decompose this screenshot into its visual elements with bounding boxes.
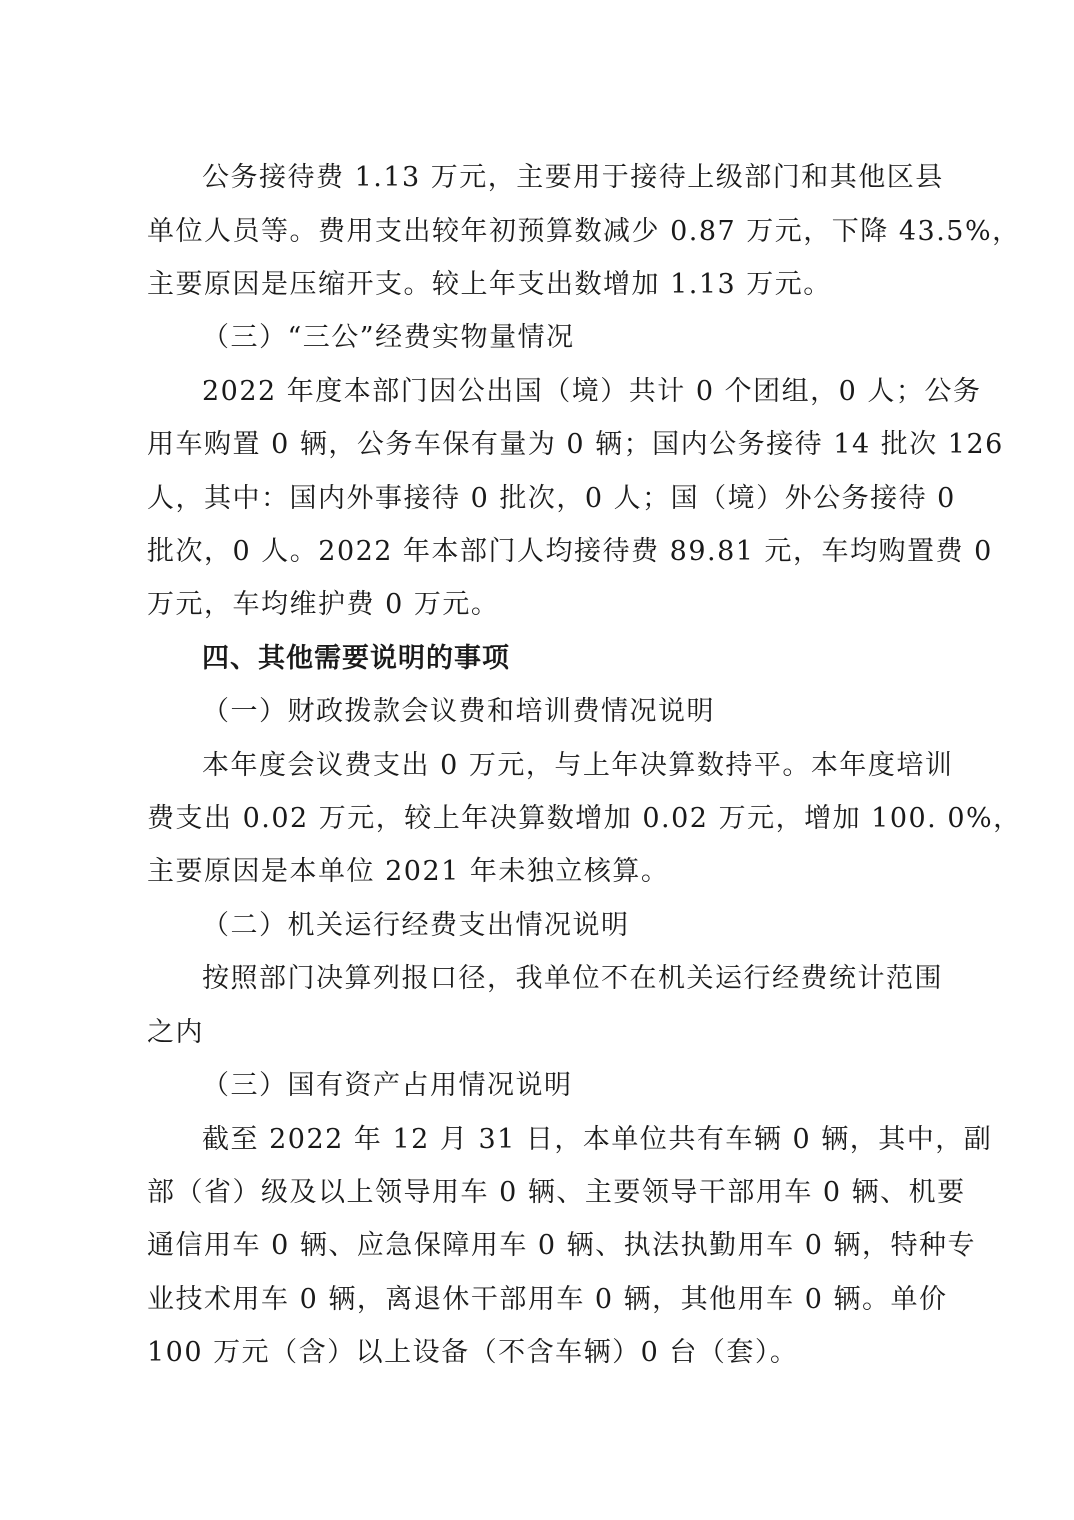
paragraph-meeting-line-2: 费支出 0.02 万元，较上年决算数增加 0.02 万元，增加 100. 0%，	[147, 804, 940, 834]
paragraph-reception-line-2: 单位人员等。费用支出较年初预算数减少 0.87 万元，下降 43.5%，	[147, 217, 940, 247]
paragraph-meeting-line-3: 主要原因是本单位 2021 年未独立核算。	[147, 857, 947, 887]
paragraph-sangong-line-4: 批次，0 人。2022 年本部门人均接待费 89.81 元，车均购置费 0	[147, 537, 940, 567]
paragraph-sangong-line-1: 2022 年度本部门因公出国（境）共计 0 个团组，0 人；公务	[202, 377, 940, 407]
paragraph-sangong-line-5: 万元，车均维护费 0 万元。	[147, 590, 947, 620]
paragraph-assets-line-5: 100 万元（含）以上设备（不含车辆）0 台（套）。	[147, 1338, 947, 1368]
paragraph-reception-line-1: 公务接待费 1.13 万元，主要用于接待上级部门和其他区县	[202, 163, 940, 193]
section-heading-operation-costs: （二）机关运行经费支出情况说明	[202, 911, 1002, 941]
section-heading-state-assets: （三）国有资产占用情况说明	[202, 1071, 1002, 1101]
paragraph-assets-line-3: 通信用车 0 辆、应急保障用车 0 辆、执法执勤用车 0 辆，特种专	[147, 1231, 940, 1261]
section-heading-meeting-training: （一）财政拨款会议费和培训费情况说明	[202, 697, 1002, 727]
paragraph-assets-line-1: 截至 2022 年 12 月 31 日，本单位共有车辆 0 辆，其中，副	[202, 1125, 940, 1155]
paragraph-assets-line-2: 部（省）级及以上领导用车 0 辆、主要领导干部用车 0 辆、机要	[147, 1178, 940, 1208]
paragraph-assets-line-4: 业技术用车 0 辆，离退休干部用车 0 辆，其他用车 0 辆。单价	[147, 1285, 940, 1315]
paragraph-operation-line-2: 之内	[147, 1018, 947, 1048]
document-page: 公务接待费 1.13 万元，主要用于接待上级部门和其他区县 单位人员等。费用支出…	[0, 0, 1074, 1520]
section-heading-other-matters: 四、其他需要说明的事项	[202, 644, 1002, 674]
paragraph-sangong-line-3: 人，其中：国内外事接待 0 批次，0 人；国（境）外公务接待 0	[147, 484, 940, 514]
paragraph-meeting-line-1: 本年度会议费支出 0 万元，与上年决算数持平。本年度培训	[202, 751, 940, 781]
paragraph-sangong-line-2: 用车购置 0 辆，公务车保有量为 0 辆；国内公务接待 14 批次 126	[147, 430, 940, 460]
section-heading-sangong-physical: （三）“三公”经费实物量情况	[202, 323, 1002, 353]
paragraph-operation-line-1: 按照部门决算列报口径，我单位不在机关运行经费统计范围	[202, 964, 940, 994]
paragraph-reception-line-3: 主要原因是压缩开支。较上年支出数增加 1.13 万元。	[147, 270, 947, 300]
